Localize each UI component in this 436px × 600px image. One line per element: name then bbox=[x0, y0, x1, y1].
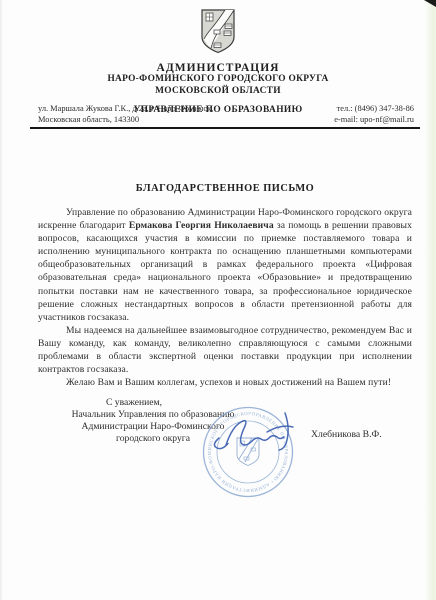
official-stamp: УПРАВЛЕНИЕ ПО ОБРАЗОВАНИЮ • АДМИНИСТРАЦИ… bbox=[188, 398, 318, 513]
contact-block: тел.: (8496) 347-38-86 e-mail: upo-nf@ma… bbox=[334, 103, 414, 125]
recipient-name: Ермакова Георгия Николаевича bbox=[129, 220, 274, 231]
org-name-line3: МОСКОВСКОЙ ОБЛАСТИ bbox=[0, 86, 436, 98]
org-name-line2: НАРО-ФОМИНСКОГО ГОРОДСКОГО ОКРУГА bbox=[0, 74, 436, 86]
letter-title: БЛАГОДАРСТВЕННОЕ ПИСЬМО bbox=[38, 183, 412, 194]
address-block: ул. Маршала Жукова Г.К., д.2а, г. Наро-Ф… bbox=[38, 103, 213, 125]
header-divider bbox=[30, 127, 420, 129]
org-name-line1: АДМИНИСТРАЦИЯ bbox=[0, 62, 436, 74]
paragraph-1: Управление по образованию Администрации … bbox=[38, 206, 412, 324]
contact-row: ул. Маршала Жукова Г.К., д.2а, г. Наро-Ф… bbox=[38, 103, 414, 125]
stamp-rim-text: УПРАВЛЕНИЕ ПО ОБРАЗОВАНИЮ • АДМИНИСТРАЦИ… bbox=[188, 398, 289, 493]
phone-line: тел.: (8496) 347-38-86 bbox=[334, 103, 414, 114]
stamp-circles bbox=[204, 408, 293, 497]
scanned-letter-page: АДМИНИСТРАЦИЯ НАРО-ФОМИНСКОГО ГОРОДСКОГО… bbox=[0, 0, 436, 600]
letterhead: АДМИНИСТРАЦИЯ НАРО-ФОМИНСКОГО ГОРОДСКОГО… bbox=[0, 8, 436, 115]
paragraph-2: Мы надеемся на дальнейшее взаимовыгодное… bbox=[38, 324, 412, 376]
address-line-1: ул. Маршала Жукова Г.К., д.2а, г. Наро-Ф… bbox=[38, 103, 213, 114]
coat-of-arms-icon bbox=[198, 8, 238, 55]
letter-body: Управление по образованию Администрации … bbox=[38, 206, 412, 389]
address-line-2: Московская область, 143300 bbox=[38, 114, 213, 125]
signer-name: Хлебникова В.Ф. bbox=[311, 429, 382, 440]
paragraph-3: Желаю Вам и Вашим коллегам, успехов и но… bbox=[38, 376, 412, 389]
email-line: e-mail: upo-nf@mail.ru bbox=[334, 114, 414, 125]
p1-text-after: за помощь в решении правовых вопросов, к… bbox=[38, 220, 412, 323]
